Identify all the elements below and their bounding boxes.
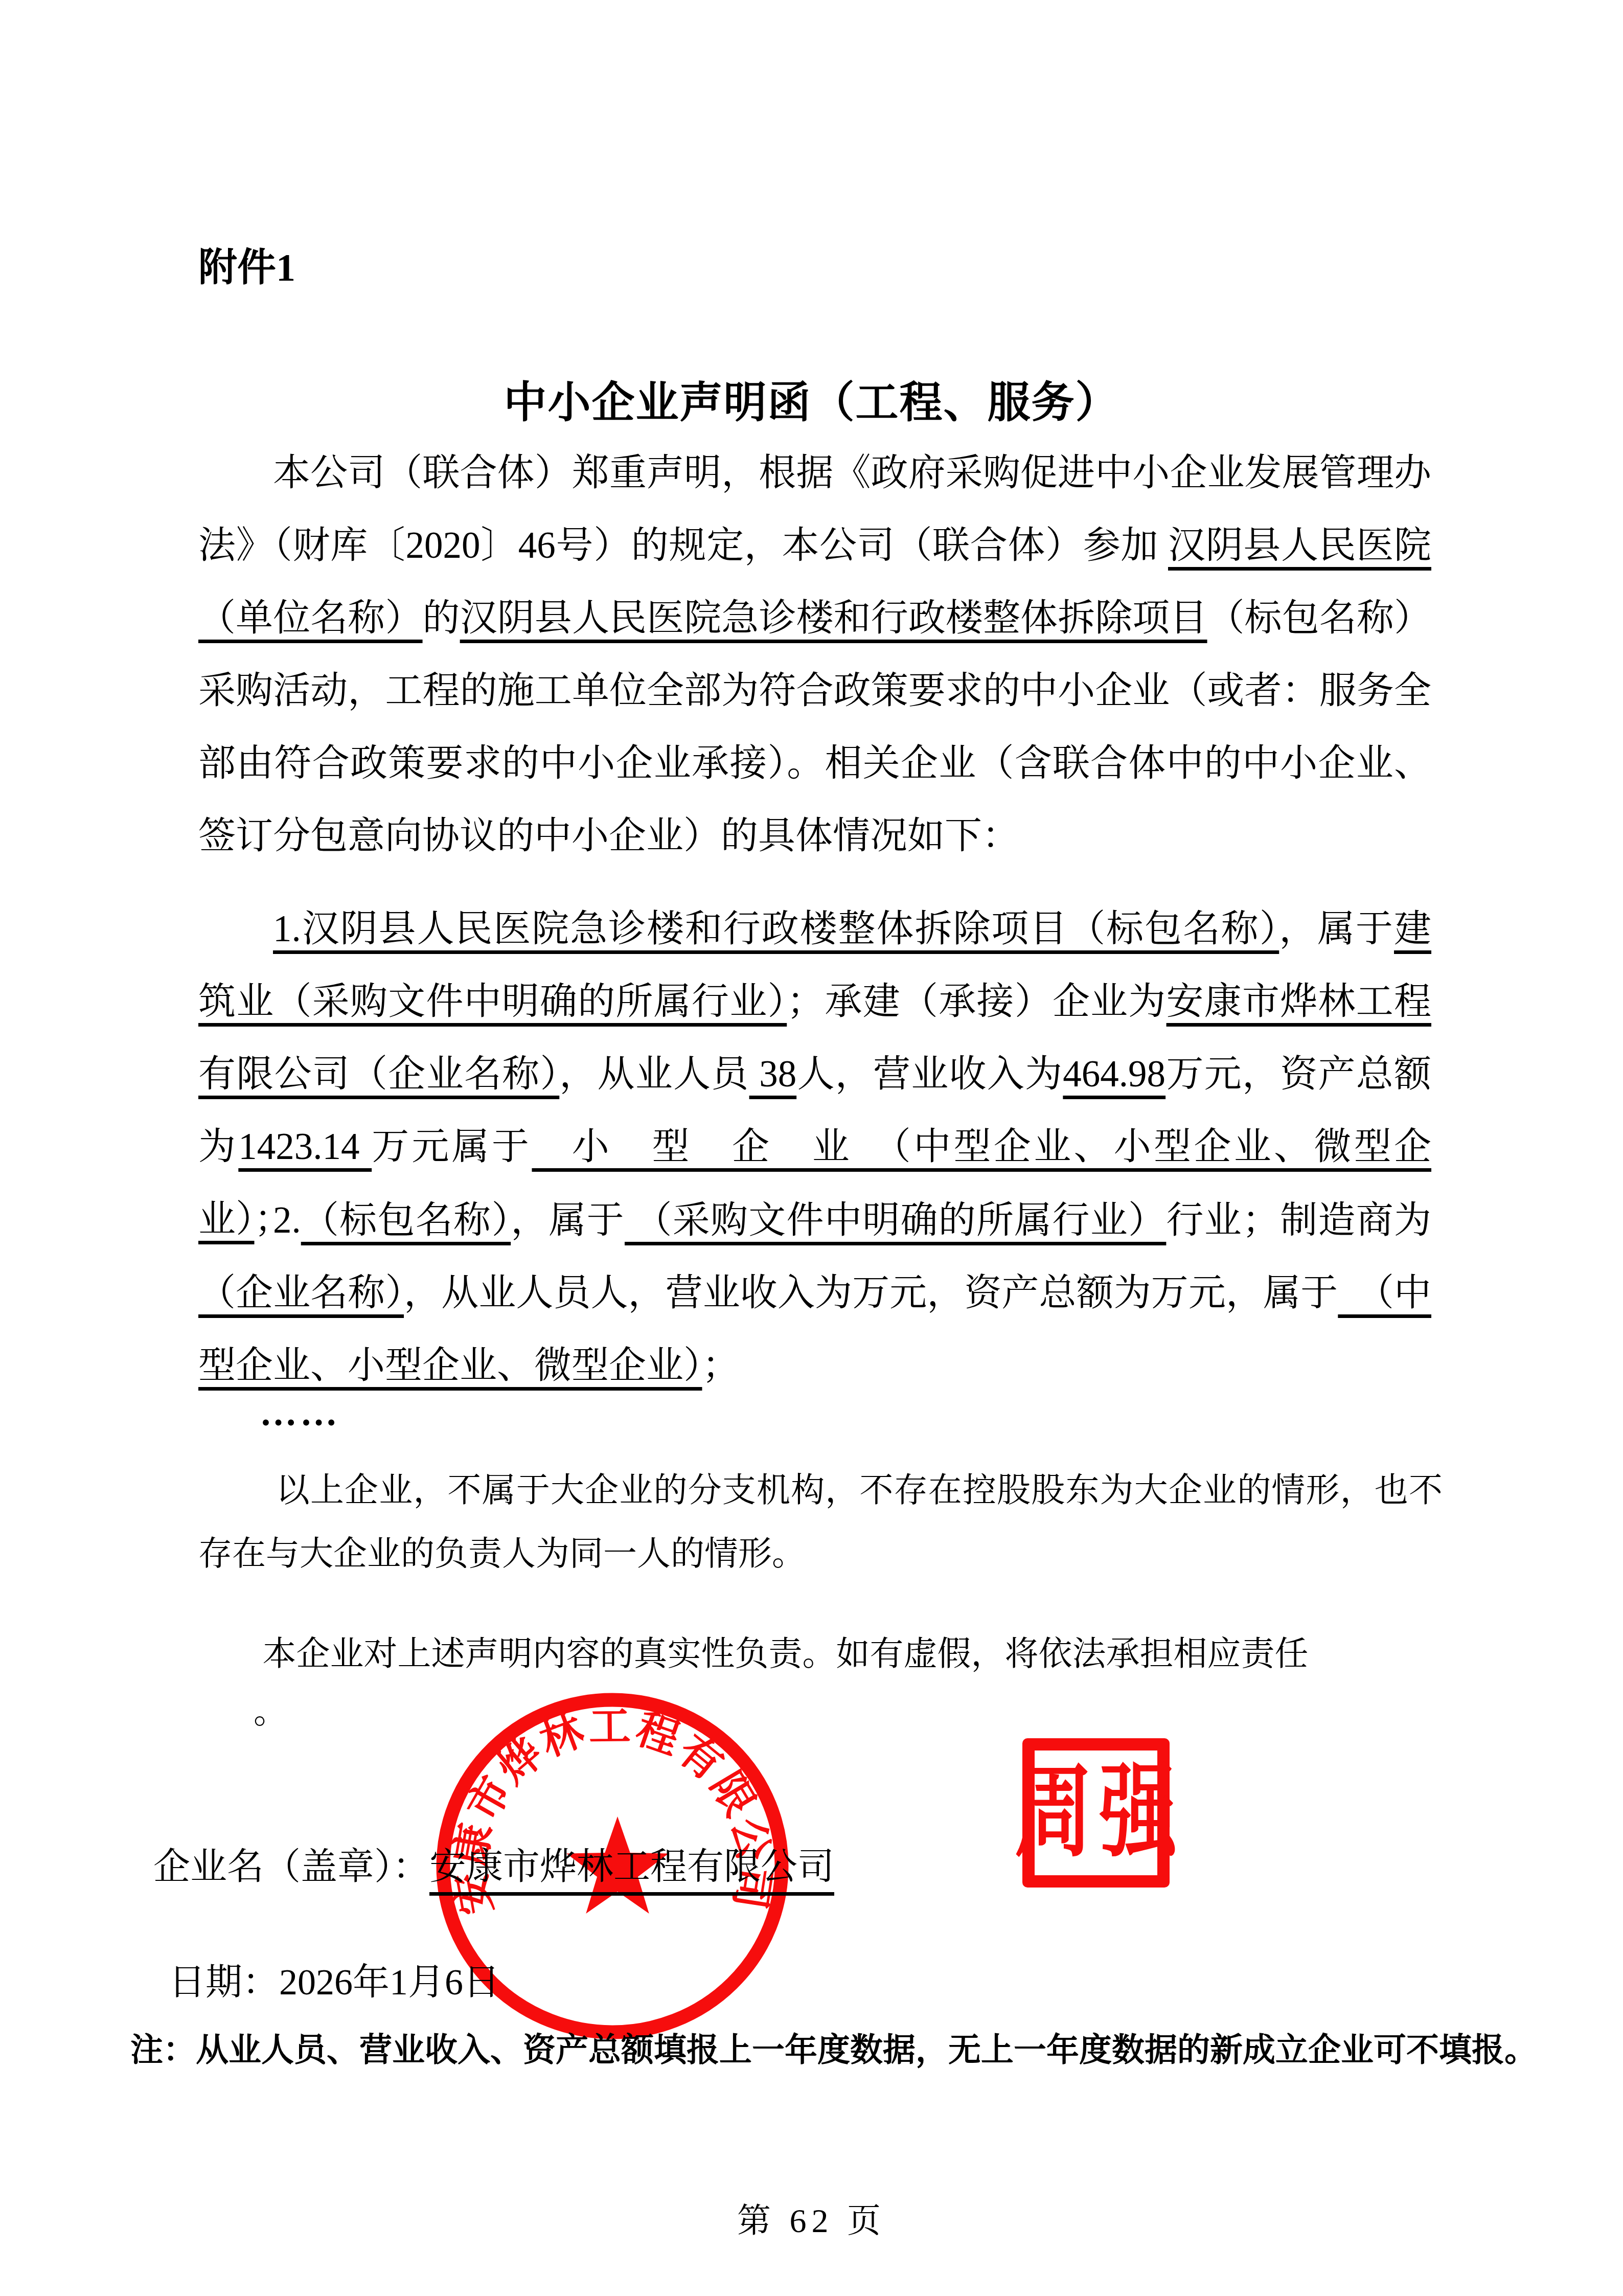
underlined-fill-in: （采购文件中明确的所属行业） <box>625 1199 1166 1241</box>
name-stamp: 周 强 <box>1022 1738 1170 1888</box>
plain-text: ，属于 <box>511 1199 625 1241</box>
item2-paragraph: 2.（标包名称），属于 （采购文件中明确的所属行业）行业；制造商为（企业名称），… <box>198 1184 1431 1402</box>
underlined-fill-in: 38 <box>749 1053 797 1095</box>
plain-text: 万元属于 <box>372 1126 532 1167</box>
page-title: 中小企业声明函（工程、服务） <box>0 368 1623 430</box>
underlined-fill-in: 1.汉阴县人民医院急诊楼和行政楼整体拆除项目（标包名称） <box>273 908 1279 949</box>
underlined-fill-in: 1423.14 <box>238 1126 372 1167</box>
signature-line: 企业名（盖章）：安康市烨林工程有限公司 <box>153 1836 834 1890</box>
plain-text: 人，营业收入为 <box>796 1053 1063 1095</box>
plain-text: ，从业人员 <box>559 1053 749 1095</box>
name-stamp-char: 周 <box>1015 1762 1092 1863</box>
company-name: 安康市烨林工程有限公司 <box>429 1846 834 1896</box>
page-number: 第 62 页 <box>0 2193 1623 2242</box>
responsibility-period: 。 <box>254 1684 287 1733</box>
underlined-fill-in: 464.98 <box>1063 1053 1165 1095</box>
date-line: 日期：2026年1月6日 <box>169 1952 500 2005</box>
company-seal-label: 企业名（盖章）： <box>153 1846 429 1887</box>
date-label: 日期： <box>169 1962 279 2003</box>
plain-text: ，从业人员人，营业收入为万元，资产总额为万元，属于 <box>404 1272 1338 1313</box>
plain-text: ，属于 <box>1279 908 1394 949</box>
underlined-fill-in: （标包名称） <box>301 1199 511 1241</box>
intro-paragraph: 本公司（联合体）郑重声明，根据《政府采购促进中小企业发展管理办法》（财库〔202… <box>198 437 1431 872</box>
underlined-fill-in: （企业名称） <box>198 1272 404 1313</box>
plain-text: 行业；制造商为 <box>1166 1199 1431 1241</box>
plain-text: ；承建（承接）企业为 <box>787 981 1166 1022</box>
plain-text: 的 <box>423 597 460 639</box>
plain-text: 2. <box>273 1199 301 1241</box>
document-page: 安康市烨林工程有限公司 周 强 附件1 中小企业声明函（工程、服务） 本公司（联… <box>0 0 1623 2296</box>
no-large-enterprise-paragraph: 以上企业，不属于大企业的分支机构，不存在控股股东为大企业的情形，也不存在与大企业… <box>198 1459 1443 1586</box>
ellipsis-text: …… <box>260 1392 340 1435</box>
underlined-fill-in: 汉阴县人民医院急诊楼和行政楼整体拆除项目 <box>460 597 1207 639</box>
name-stamp-char: 强 <box>1100 1762 1177 1863</box>
note-text: 注：从业人员、营业收入、资产总额填报上一年度数据，无上一年度数据的新成立企业可不… <box>130 2024 1603 2071</box>
attachment-label: 附件1 <box>198 236 295 292</box>
plain-text: ； <box>702 1345 740 1386</box>
responsibility-paragraph: 本企业对上述声明内容的真实性负责。如有虚假，将依法承担相应责任 <box>198 1623 1443 1686</box>
date-value: 2026年1月6日 <box>279 1962 500 2003</box>
